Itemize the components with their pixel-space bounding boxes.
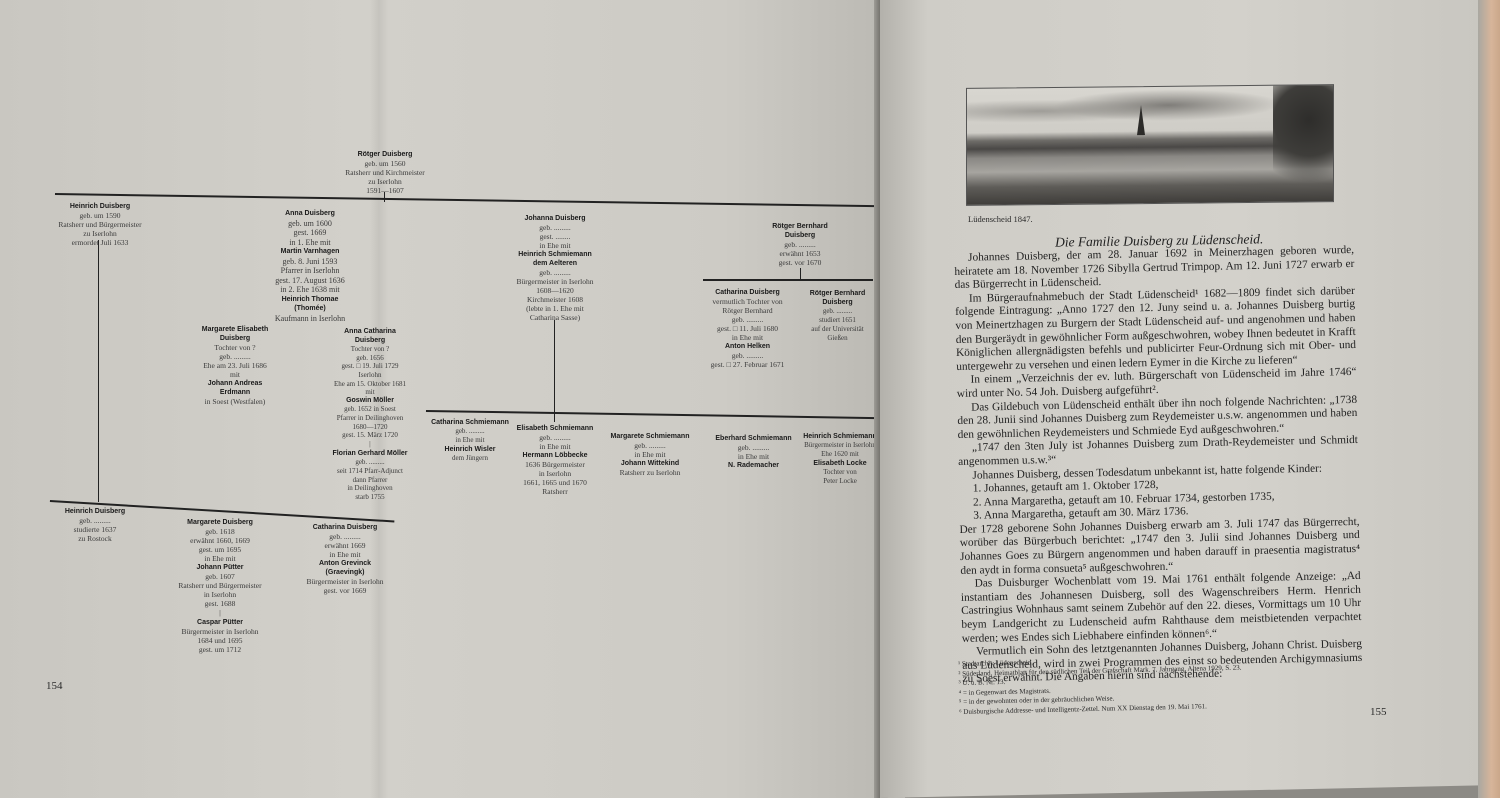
- generation-bar: [55, 193, 875, 207]
- person-catharina-schmiemann: Catharina Schmiemann geb. ......... in E…: [425, 418, 515, 463]
- person-heinrich-schmiemann: Heinrich Schmiemann Bürgermeister in Ise…: [800, 432, 880, 486]
- person-roetger-bernhard-duisberg-jr: Rötger Bernhard Duisberg geb. ......... …: [805, 289, 870, 343]
- illustration-caption: Lüdenscheid 1847.: [968, 214, 1033, 224]
- person-elisabeth-schmiemann: Elisabeth Schmiemann geb. ......... in E…: [505, 424, 605, 496]
- person-anna-catharina-duisberg: Anna Catharina Duisberg Tochter von ? ge…: [325, 328, 415, 501]
- footnotes: ¹ Stadtarchiv Lüdenscheid. ² Süderland, …: [958, 651, 1359, 718]
- person-margarete-elisabeth-duisberg: Margarete Elisabeth Duisberg Tochter von…: [190, 325, 280, 406]
- person-catharina-duisberg-roetger: Catharina Duisberg vermutlich Tochter vo…: [700, 288, 795, 369]
- tree-connector: [554, 320, 555, 422]
- person-roetger-bernhard-duisberg: Rötger Bernhard Duisberg geb. ......... …: [750, 222, 850, 267]
- person-margarete-duisberg: Margarete Duisberg geb. 1618 erwähnt 166…: [165, 518, 275, 654]
- person-heinrich-duisberg: Heinrich Duisberg geb. um 1590 Ratsherr …: [45, 202, 155, 247]
- person-heinrich-duisberg-jr: Heinrich Duisberg geb. ......... studier…: [50, 507, 140, 543]
- paragraph: Das Duisburger Wochenblatt vom 19. Mai 1…: [961, 570, 1362, 646]
- tree-icon: [1273, 85, 1333, 202]
- child-connector: |: [165, 608, 275, 618]
- body-text: Johannes Duisberg, der am 28. Januar 169…: [954, 244, 1363, 687]
- person-margarete-schmiemann: Margarete Schmiemann geb. ......... in E…: [600, 432, 700, 477]
- person-johanna-duisberg: Johanna Duisberg geb. ......... gest. ..…: [500, 214, 610, 322]
- left-page: Rötger Duisberg geb. um 1560 Ratsherr un…: [0, 0, 905, 798]
- child-connector: |: [325, 440, 415, 450]
- paragraph: Im Bürgeraufnahmebuch der Stadt Lüdensch…: [955, 285, 1357, 375]
- tree-connector: [98, 240, 99, 502]
- person-roetger-duisberg-root: Rötger Duisberg geb. um 1560 Ratsherr un…: [340, 150, 430, 195]
- book-edge: [1478, 0, 1500, 798]
- page-number-right: 155: [1370, 706, 1387, 718]
- person-catharina-duisberg-heinrich: Catharina Duisberg geb. ......... erwähn…: [295, 523, 395, 595]
- roetger-children-bar: [703, 279, 873, 281]
- person-anna-duisberg: Anna Duisberg geb. um 1600 gest. 1669 in…: [255, 209, 365, 323]
- town-engraving-illustration: [966, 84, 1334, 206]
- person-eberhard-schmiemann: Eberhard Schmiemann geb. ......... in Eh…: [706, 434, 801, 470]
- page-number-left: 154: [46, 680, 63, 692]
- church-spire-icon: [1137, 105, 1145, 135]
- paragraph: Der 1728 geborene Sohn Johannes Duisberg…: [959, 516, 1360, 578]
